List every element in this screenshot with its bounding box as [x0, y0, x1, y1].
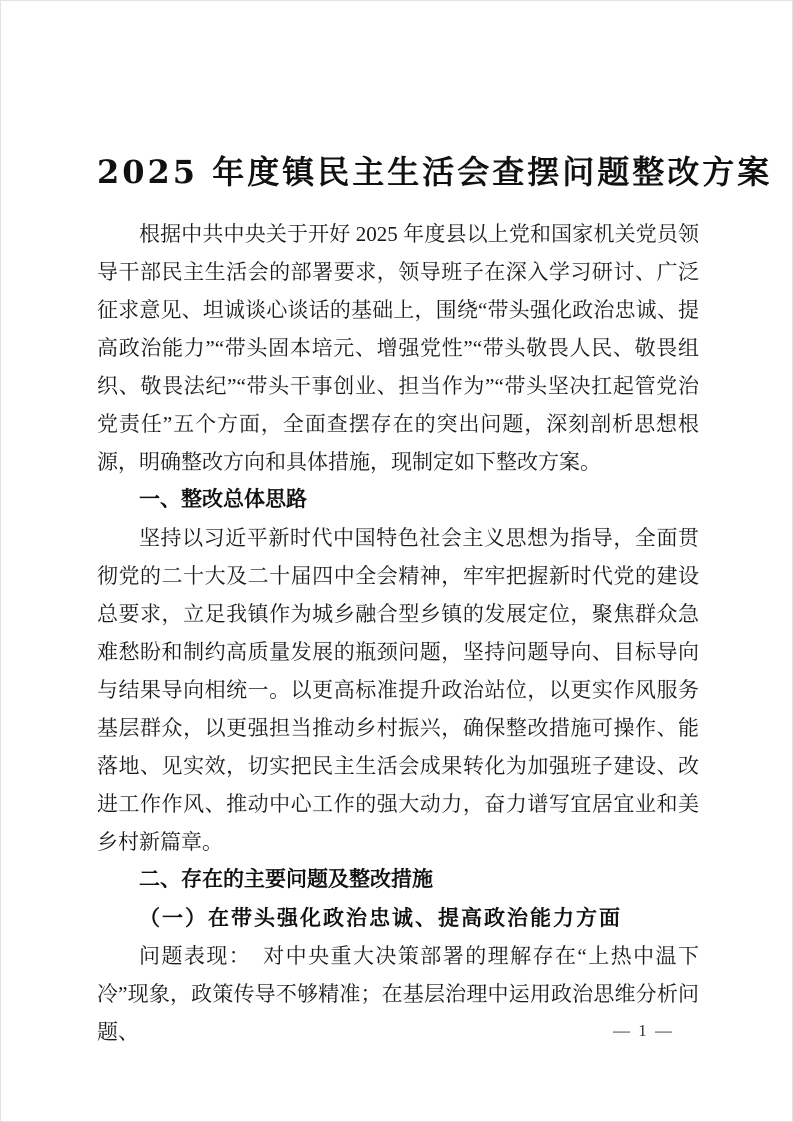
document-title: 2025 年度镇民主生活会查摆问题整改方案 — [97, 147, 699, 197]
section-1-heading: 一、整改总体思路 — [97, 481, 699, 519]
intro-paragraph: 根据中共中央关于开好 2025 年度县以上党和国家机关党员领导干部民主生活会的部… — [97, 215, 699, 481]
section-2-subsection-1-heading: （一）在带头强化政治忠诚、提高政治能力方面 — [97, 899, 699, 937]
page-footer: — 1 — — [613, 1021, 674, 1041]
page-number: — 1 — — [613, 1021, 674, 1040]
section-2-subsection-1-body: 问题表现： 对中央重大决策部署的理解存在“上热中温下冷”现象，政策传导不够精准；… — [97, 937, 699, 1051]
section-1-body: 坚持以习近平新时代中国特色社会主义思想为指导，全面贯彻党的二十大及二十届四中全会… — [97, 519, 699, 861]
section-2-heading: 二、存在的主要问题及整改措施 — [97, 861, 699, 899]
document-page: 2025 年度镇民主生活会查摆问题整改方案 根据中共中央关于开好 2025 年度… — [0, 0, 793, 1122]
